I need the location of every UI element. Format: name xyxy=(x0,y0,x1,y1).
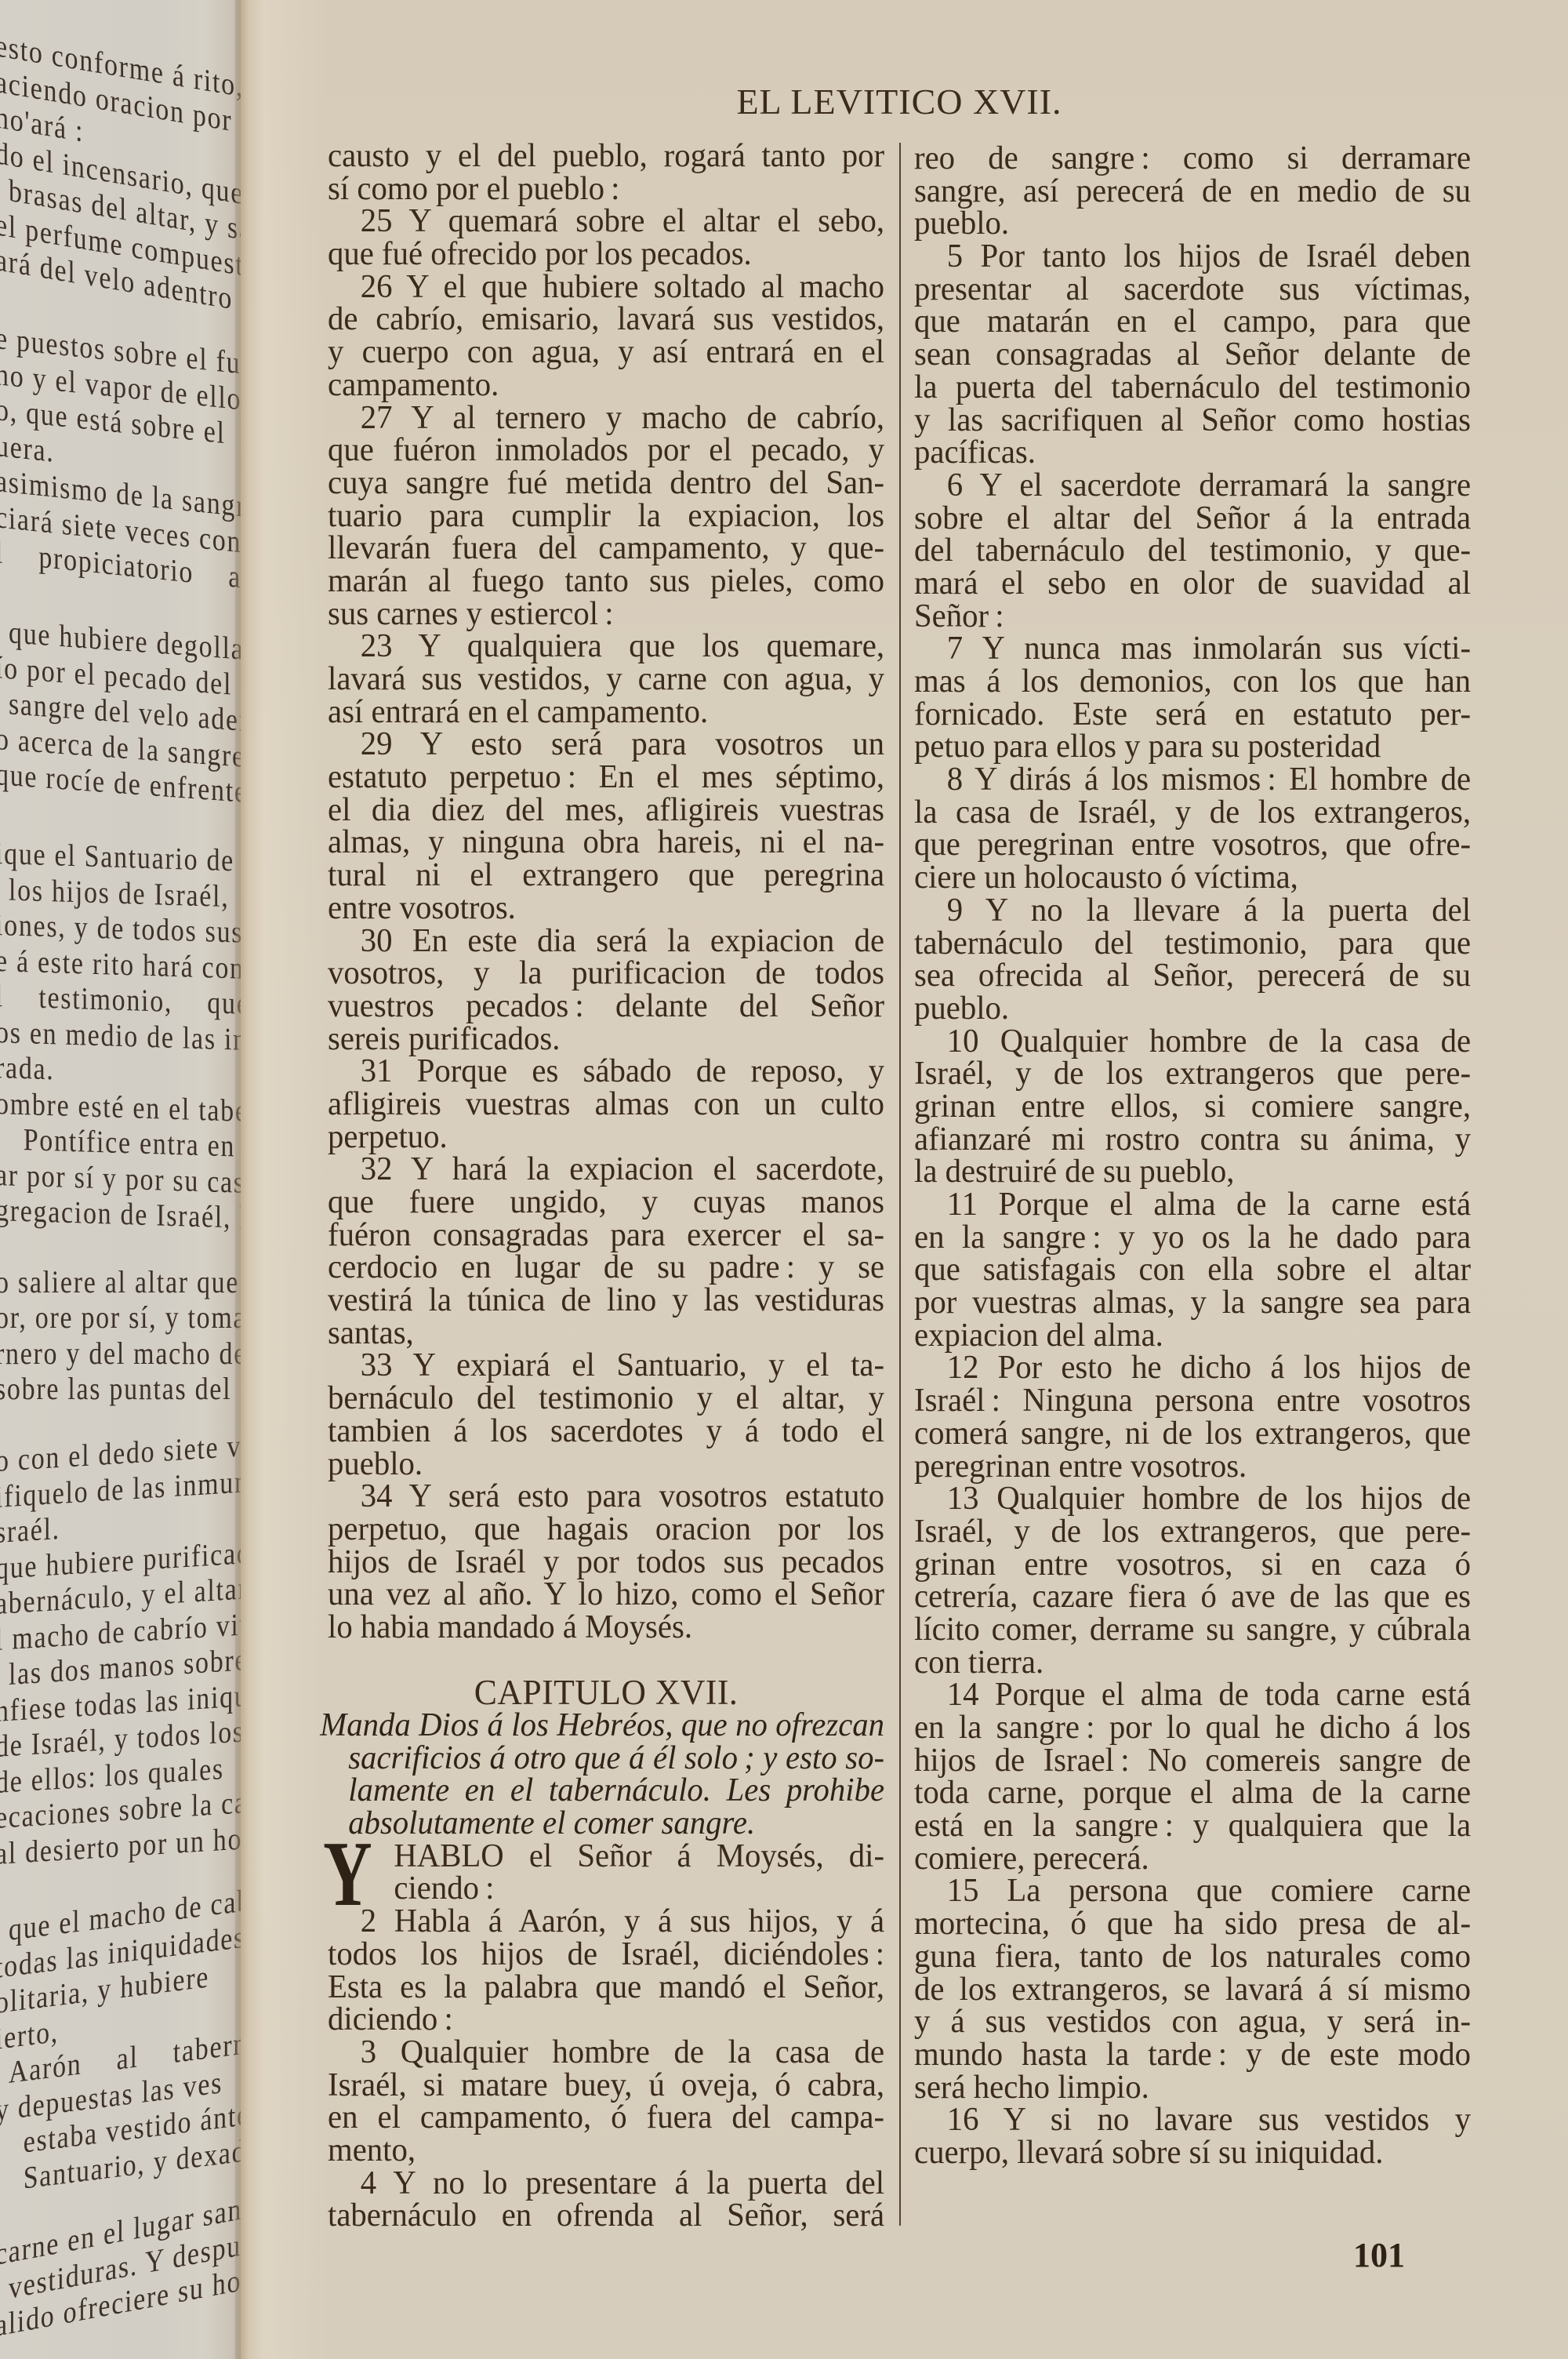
left-page-line: or, ore por sí, y toma xyxy=(0,1299,241,1336)
body-line: y cuerpo con agua, y así entrará en el xyxy=(328,336,884,369)
body-line: de los extrangeros, se lavará á sí mismo xyxy=(914,1974,1471,2007)
body-line: bernáculo del testimonio y el altar, y xyxy=(328,1383,884,1416)
body-line: mará el sebo en olor de suavidad al xyxy=(914,568,1471,601)
chapter-summary: Manda Dios á los Hebréos, que no ofrezca… xyxy=(328,1710,884,1841)
body-line: expiacion del alma. xyxy=(914,1320,1471,1353)
body-line: Israél, y de los extrangeros que pere- xyxy=(914,1058,1471,1091)
body-line: así entrará en el campamento. xyxy=(328,696,884,729)
text-column-left: causto y el del pueblo, rogará tanto por… xyxy=(328,140,884,2233)
verse-line: 8 Y dirás á los mismos : El hombre de xyxy=(914,764,1471,797)
left-page-paragraph: o con el dedo siete ve ifiquelo de las i… xyxy=(0,1424,241,1870)
body-line: cuerpo, llevará sobre sí su iniquidad. xyxy=(914,2137,1471,2170)
verse-line: 27 Y al ternero y macho de cabrío, xyxy=(328,402,884,435)
body-line: que fué ofrecido por los pecados. xyxy=(328,238,884,271)
body-line: pueblo. xyxy=(328,1448,884,1481)
verse-line: 16 Y si no lavare sus vestidos y xyxy=(914,2104,1471,2137)
body-line: entre vosotros. xyxy=(328,892,884,925)
body-line: afligireis vuestras almas con un culto xyxy=(328,1089,884,1121)
body-line: en la sangre : y yo os la he dado para xyxy=(914,1222,1471,1255)
body-line: presentar al sacerdote sus víctimas, xyxy=(914,274,1471,307)
body-line: tural ni el extrangero que peregrina xyxy=(328,860,884,892)
body-line: hijos de Israel : No comereis sangre de xyxy=(914,1745,1471,1778)
body-line: mas á los demonios, con los que han xyxy=(914,666,1471,699)
left-page-fragment: esto conforme á rito, ofre aciendo oraci… xyxy=(0,0,241,2359)
body-line: que peregrinan entre vosotros, que ofre- xyxy=(914,829,1471,862)
drop-cap: Y xyxy=(323,1827,372,1921)
left-page-line: sobre las puntas del xyxy=(0,1371,241,1407)
chapter-heading: CAPITULO XVII. xyxy=(328,1677,884,1710)
body-line: está en la sangre : y qualquiera que la xyxy=(914,1810,1471,1843)
body-line: cerdocio en lugar de su padre : y se xyxy=(328,1252,884,1285)
body-line: HABLO el Señor á Moysés, di- xyxy=(328,1841,884,1874)
verse-line: 34 Y será esto para vosotros estatuto xyxy=(328,1481,884,1514)
body-line: mortecina, ó que ha sido presa de al- xyxy=(914,1908,1471,1941)
left-page-text: esto conforme á rito, ofre aciendo oraci… xyxy=(0,27,241,2343)
verse-line: 14 Porque el alma de toda carne está xyxy=(914,1679,1471,1712)
body-line: pueblo. xyxy=(914,993,1471,1026)
verse-line: 11 Porque el alma de la carne está xyxy=(914,1189,1471,1222)
left-page-line: rnero y del macho de xyxy=(0,1336,241,1372)
body-line: Israél, si matare buey, ú oveja, ó cabra… xyxy=(328,2070,884,2103)
summary-line: Manda Dios á los Hebréos, que no ofrezca… xyxy=(320,1710,884,1743)
body-line: cetrería, cazare fiera ó ave de las que … xyxy=(914,1581,1471,1614)
left-page-paragraph: esto conforme á rito, ofre aciendo oraci… xyxy=(0,27,241,325)
column-divider xyxy=(899,143,901,2226)
body-line: Israél, y de los extrangeros, que pere- xyxy=(914,1516,1471,1549)
body-line: reo de sangre : como si derramare xyxy=(914,143,1471,176)
body-line: hijos de Israél y por todos sus pecados xyxy=(328,1547,884,1579)
verse-line: 29 Y esto será para vosotros un xyxy=(328,729,884,761)
left-page-line: o saliere al altar que xyxy=(0,1264,241,1300)
body-line: mundo hasta la tarde : y de este modo xyxy=(914,2039,1471,2072)
body-line: Esta es la palabra que mandó el Señor, xyxy=(328,1972,884,2005)
body-line: comerá sangre, ni de los extrangeros, qu… xyxy=(914,1418,1471,1451)
body-line: peregrinan entre vosotros. xyxy=(914,1451,1471,1484)
verse-line: 2 Habla á Aarón, y á sus hijos, y á xyxy=(328,1906,884,1939)
verse-line: 5 Por tanto los hijos de Israél deben xyxy=(914,241,1471,274)
body-line: con tierra. xyxy=(914,1647,1471,1680)
verse-line: 12 Por esto he dicho á los hijos de xyxy=(914,1352,1471,1385)
body-line: sereis purificados. xyxy=(328,1023,884,1056)
summary-line: lamente en el tabernáculo. Les prohibe xyxy=(328,1775,884,1808)
body-line: lavará sus vestidos, y carne con agua, y xyxy=(328,663,884,696)
body-line: de cabrío, emisario, lavará sus vestidos… xyxy=(328,304,884,336)
section-gap xyxy=(328,1645,884,1677)
body-line: la casa de Israél, y de los extrangeros, xyxy=(914,797,1471,830)
summary-line: sacrificios á otro que á él solo ; y est… xyxy=(328,1743,884,1776)
text-column-right: reo de sangre : como si derramare sangre… xyxy=(914,143,1471,2170)
body-line: fornicado. Este será en estatuto per- xyxy=(914,699,1471,732)
left-page-paragraph: o saliere al altar que or, ore por sí, y… xyxy=(0,1264,241,1407)
body-line: en la sangre : por lo qual he dicho á lo… xyxy=(914,1712,1471,1745)
body-line: por vuestras almas, y la sangre sea para xyxy=(914,1287,1471,1320)
body-line: llevarán fuera del campamento, y que- xyxy=(328,533,884,565)
body-line: tabernáculo en ofrenda al Señor, será xyxy=(328,2200,884,2233)
body-line: causto y el del pueblo, rogará tanto por xyxy=(328,140,884,173)
left-page-paragraph: ique el Santuario de los hijos de Israél… xyxy=(0,835,241,1237)
body-line: comiere, perecerá. xyxy=(914,1843,1471,1876)
verse-line: 4 Y no lo presentare á la puerta del xyxy=(328,2168,884,2201)
body-line: vestirá la túnica de lino y las vestidur… xyxy=(328,1285,884,1318)
verse-line: 6 Y el sacerdote derramará la sangre xyxy=(914,470,1471,503)
left-page-paragraph: que hubiere degollado ío por el pecado d… xyxy=(0,613,241,812)
body-line: sea ofrecida al Señor, perecerá de su xyxy=(914,960,1471,993)
body-line: Señor : xyxy=(914,601,1471,634)
body-line: grinan entre ellos, si comiere sangre, xyxy=(914,1091,1471,1124)
body-line: en el campamento, ó fuera del campa- xyxy=(328,2102,884,2135)
body-line: la puerta del tabernáculo del testimonio xyxy=(914,372,1471,405)
body-line: del tabernáculo del testimonio, y que- xyxy=(914,535,1471,568)
verse-line: 30 En este dia será la expiacion de xyxy=(328,925,884,958)
body-line: lícito comer, derrame su sangre, y cúbra… xyxy=(914,1614,1471,1647)
body-line: sean consagradas al Señor delante de xyxy=(914,339,1471,372)
body-line: que fuéron inmolados por el pecado, y xyxy=(328,434,884,467)
body-line: sus carnes y estiercol : xyxy=(328,598,884,631)
body-line: marán al fuego tanto sus pieles, como xyxy=(328,565,884,598)
body-line: sangre, así perecerá de en medio de su xyxy=(914,176,1471,209)
verse-line: 7 Y nunca mas inmolarán sus vícti- xyxy=(914,633,1471,666)
body-line: cuya sangre fué metida dentro del San- xyxy=(328,467,884,500)
body-line: almas, y ninguna obra hareis, ni el na- xyxy=(328,827,884,860)
body-line: sobre el altar del Señor á la entrada xyxy=(914,503,1471,536)
verse-line: 10 Qualquier hombre de la casa de xyxy=(914,1026,1471,1059)
verse-line: 25 Y quemará sobre el altar el sebo, xyxy=(328,205,884,238)
verse-line: 23 Y qualquiera que los quemare, xyxy=(328,631,884,663)
verse-line: 31 Porque es sábado de reposo, y xyxy=(328,1056,884,1089)
body-line: afianzaré mi rostro contra su ánima, y xyxy=(914,1124,1471,1157)
body-line: mento, xyxy=(328,2135,884,2168)
body-line: tuario para cumplir la expiacion, los xyxy=(328,500,884,533)
body-line: todos los hijos de Israél, diciéndoles : xyxy=(328,1939,884,1972)
body-line: lo habia mandado á Moysés. xyxy=(328,1612,884,1645)
body-line: Israél : Ninguna persona entre vosotros xyxy=(914,1385,1471,1418)
body-line: pueblo. xyxy=(914,208,1471,241)
body-line: la destruiré de su pueblo, xyxy=(914,1156,1471,1189)
body-line: que fuere ungido, y cuyas manos xyxy=(328,1187,884,1219)
verse-line: 26 Y el que hubiere soltado al macho xyxy=(328,271,884,304)
body-line: y á sus vestidos con agua, y será in- xyxy=(914,2006,1471,2039)
chapter-opening-paragraph: Y HABLO el Señor á Moysés, di- ciendo : xyxy=(328,1841,884,1906)
body-line: perpetuo, que hagais oracion por los xyxy=(328,1514,884,1547)
page-number: 101 xyxy=(1353,2238,1405,2273)
verse-line: 33 Y expiará el Santuario, y el ta- xyxy=(328,1350,884,1383)
body-line: y las sacrifiquen al Señor como hostias xyxy=(914,405,1471,438)
body-line: el dia diez del mes, afligireis vuestras xyxy=(328,794,884,827)
body-line: grinan entre vosotros, si en caza ó xyxy=(914,1549,1471,1582)
body-line: será hecho limpio. xyxy=(914,2072,1471,2105)
body-line: guna fiera, tanto de los naturales como xyxy=(914,1941,1471,1974)
body-line: petuo para ellos y para su posteridad xyxy=(914,731,1471,764)
body-line: perpetuo. xyxy=(328,1121,884,1154)
left-page-paragraph: que el macho de cabr todas las iniquidad… xyxy=(0,1877,241,2198)
summary-line: absolutamente el comer sangre. xyxy=(328,1808,884,1841)
body-line: una vez al año. Y lo hizo, como el Señor xyxy=(328,1579,884,1612)
body-line: pacíficas. xyxy=(914,437,1471,470)
body-line: santas, xyxy=(328,1318,884,1350)
verse-line: 3 Qualquier hombre de la casa de xyxy=(328,2037,884,2070)
body-line: toda carne, porque el alma de la carne xyxy=(914,1777,1471,1810)
verse-line: 9 Y no la llevare á la puerta del xyxy=(914,895,1471,928)
body-line: vosotros, y la purificacion de todos xyxy=(328,958,884,990)
body-line: diciendo : xyxy=(328,2004,884,2037)
running-head: EL LEVITICO XVII. xyxy=(328,84,1471,120)
right-page: EL LEVITICO XVII. causto y el del pueblo… xyxy=(241,0,1568,2359)
body-line: vuestros pecados : delante del Señor xyxy=(328,990,884,1023)
body-line: fuéron consagradas para exercer el sa- xyxy=(328,1219,884,1252)
verse-line: 32 Y hará la expiacion el sacerdote, xyxy=(328,1154,884,1187)
body-line: estatuto perpetuo : En el mes séptimo, xyxy=(328,761,884,794)
body-line: que satisfagais con ella sobre el altar xyxy=(914,1254,1471,1287)
verse-line: 15 La persona que comiere carne xyxy=(914,1875,1471,1908)
left-page-paragraph: e puestos sobre el fuego no y el vapor d… xyxy=(0,320,241,600)
body-line: ciere un holocausto ó víctima, xyxy=(914,862,1471,895)
body-line: tambien á los sacerdotes y á todo el xyxy=(328,1416,884,1448)
body-line: ciendo : xyxy=(328,1873,884,1906)
body-line: campamento. xyxy=(328,369,884,402)
body-line: que matarán en el campo, para que xyxy=(914,306,1471,339)
body-line: tabernáculo del testimonio, para que xyxy=(914,928,1471,961)
body-line: sí como por el pueblo : xyxy=(328,173,884,206)
verse-line: 13 Qualquier hombre de los hijos de xyxy=(914,1483,1471,1516)
